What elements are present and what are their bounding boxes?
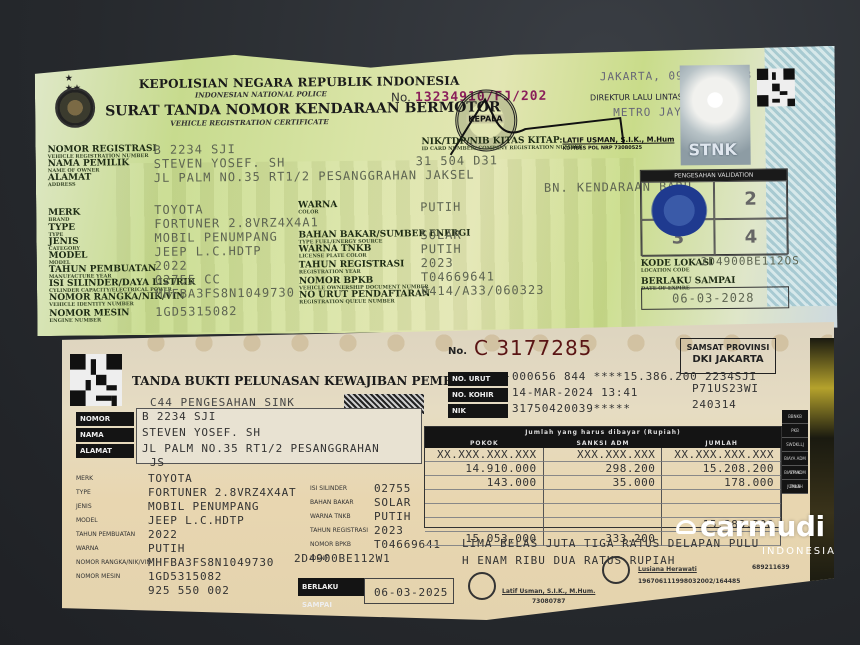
payment-cell [544, 518, 663, 532]
vehicle-value: PUTIH [148, 542, 185, 555]
label-nomor-mesin: NOMOR MESINENGINE NUMBER [49, 309, 129, 324]
payment-cell [425, 504, 544, 518]
payment-cell: 298.200 [544, 462, 663, 476]
value-type: FORTUNER 2.8VRZ4X4A1 [154, 215, 319, 231]
value-merk: TOYOTA [154, 202, 204, 217]
value-berlaku-sampai: 06-03-2025 [374, 586, 448, 599]
doc-number-label: No. [391, 90, 411, 104]
label-nik: NIK/TDP/NIB KITAS KITAP:ID CARD NUMBER/ … [421, 136, 582, 152]
payment-cell: 15.208.200 [662, 462, 781, 476]
label-nik: NIK [448, 404, 508, 418]
vehicle-right-label: BAHAN BAKAR [310, 499, 354, 506]
payment-cell [544, 504, 663, 518]
label-warna: WARNACOLOR [298, 201, 337, 215]
value-alamat: JL PALM NO.35 RT1/2 PESANGGRAHAN JAKSEL [154, 168, 475, 185]
value-no-kohir-extra: P71US23WI [692, 382, 759, 395]
payment-side-label: BIAYA ADM STNK [782, 452, 808, 466]
payment-cell: 178.000 [662, 476, 781, 490]
payment-cell [425, 518, 544, 532]
payment-side-label: JUMLAH [782, 480, 808, 494]
vehicle-right-value: SOLAR [374, 496, 411, 509]
payment-side-label: SWDKLLJ [782, 438, 808, 452]
vehicle-right-label: WARNA TNKB [310, 513, 351, 520]
value-nomor-rangka: MHFBA3FS8N1049730 [155, 285, 295, 300]
payment-column-header: SANKSI ADM [544, 439, 663, 448]
document-title-en: VEHICLE REGISTRATION CERTIFICATE [170, 117, 328, 128]
samsat-line1: SAMSAT PROVINSI [681, 343, 775, 353]
payment-cell: 143.000 [425, 476, 544, 490]
value-nomor-registrasi: B 2234 SJI [153, 142, 235, 157]
value-nik-extra: 240314 [692, 398, 737, 411]
payment-side-label: BBNKB [782, 410, 808, 424]
vehicle-label: NOMOR RANGKA/NIK/VIN [76, 559, 151, 566]
payment-cell: XX.XXX.XXX.XXX [662, 448, 781, 462]
carmudi-watermark: carmudi [700, 510, 825, 543]
label-no-urut-pendaftaran: NO URUT PENDAFTARANREGISTRATION QUEUE NU… [299, 290, 430, 305]
label-tahun-registrasi: TAHUN REGISTRASIREGISTRATION YEAR [299, 260, 405, 275]
value-no-urut-pendaftaran: 0414/A33/060323 [421, 283, 545, 298]
vehicle-label: TAHUN PEMBUATAN [76, 531, 135, 538]
validation-cell-2: 2 [714, 180, 787, 218]
payment-cell: XX.XXX.XXX.XXX [425, 448, 544, 462]
label-nama-pemilik: NAMA PEMILIK [76, 428, 134, 442]
vehicle-right-label: ISI SILINDER [310, 485, 347, 492]
payment-cell [425, 490, 544, 504]
label-berlaku-sampai: BERLAKU SAMPAI [298, 578, 364, 596]
carmudi-watermark-region: INDONESIA [762, 546, 836, 557]
payment-side-labels: BBNKBPKBSWDKLLJBIAYA ADM STNKBIAYA ADM T… [782, 410, 808, 494]
value-nomor-polisi: B 2234 SJI [142, 410, 216, 423]
hologram-text: STNK [688, 140, 736, 160]
vehicle-value: MHFBA3FS8N1049730 [148, 556, 274, 569]
value-nomor-bpkb: T04669641 [421, 269, 495, 284]
payment-cell: 35.000 [544, 476, 663, 490]
value-warna-tnkb: PUTIH [421, 242, 462, 256]
vehicle-right-label: NOMOR BPKB [310, 541, 351, 548]
vehicle-label: NOMOR MESIN [76, 573, 120, 580]
value-warna: PUTIH [420, 200, 461, 214]
vehicle-label: JENIS [76, 503, 92, 510]
carmudi-car-icon [676, 520, 696, 534]
qr-code-icon [757, 68, 795, 106]
vehicle-value: 2022 [148, 528, 178, 541]
samsat-box: SAMSAT PROVINSI DKI JAKARTA [680, 338, 776, 374]
payment-cell: 14.910.000 [425, 462, 544, 476]
label-alamat: ALAMATADDRESS [48, 174, 92, 188]
label-no-kohir: NO. KOHIR [448, 388, 508, 402]
receipt-number-label: No. [448, 346, 467, 357]
payment-side-label: PKB [782, 424, 808, 438]
value-nama-pemilik: STEVEN YOSEF. SH [154, 156, 286, 171]
vehicle-label: WARNA [76, 545, 98, 552]
police-emblem-icon [55, 88, 95, 128]
payment-table-header: Jumlah yang harus dibayar (Rupiah) [425, 427, 781, 439]
police-stamp-icon [468, 572, 496, 600]
value-nomor-mesin: 1GD5315082 [155, 304, 237, 319]
tax-payment-receipt: TANDA BUKTI PELUNASAN KEWAJIBAN PEMBAYAR… [62, 322, 834, 620]
signer1-nrp: 73080787 [532, 598, 565, 605]
payment-cell [662, 490, 781, 504]
value-kode-lokasi: 2D4900BE112OS [701, 254, 800, 268]
vehicle-label: TYPE [76, 489, 91, 496]
signer1-name: Latif Usman, S.I.K., M.Hum. [502, 588, 595, 595]
value-tahun-registrasi: 2023 [421, 256, 454, 270]
payment-cell: XXX.XXX.XXX [544, 448, 663, 462]
qr-code-icon [70, 354, 122, 406]
hologram-seal: STNK [680, 65, 751, 166]
signer3-id: 689211639 [752, 564, 790, 571]
agency-name-en: INDONESIAN NATIONAL POLICE [195, 89, 327, 99]
vehicle-right-value: PUTIH [374, 510, 411, 523]
signer2-nip: 196706111998032002/164485 [638, 578, 740, 585]
value-berlaku-sampai: 06-03-2028 [672, 291, 754, 306]
label-no-urut: NO. URUT [448, 372, 508, 386]
bapenda-stamp-icon [602, 556, 630, 584]
expiry-box: 06-03-2028 [641, 286, 789, 310]
vehicle-value: 1GD5315082 [148, 570, 222, 583]
value-bahan-bakar: SOLAR [420, 228, 461, 242]
signer2-name: Lusiana Herawati [638, 566, 697, 573]
vehicle-right-value: 02755 [374, 482, 411, 495]
vehicle-value: FORTUNER 2.8VRZ4X4AT [148, 486, 296, 499]
validation-cell-4: 4 [714, 218, 787, 256]
samsat-line2: DKI JAKARTA [692, 354, 763, 365]
label-merk: MERKBRAND [48, 209, 80, 223]
value-alamat-2: JS [150, 456, 165, 469]
value-jenis: MOBIL PENUMPANG [154, 230, 278, 245]
vehicle-label: MERK [76, 475, 93, 482]
vehicle-value: TOYOTA [148, 472, 193, 485]
payment-side-label: BIAYA ADM TNKB [782, 466, 808, 480]
vehicle-value: JEEP L.C.HDTP [148, 514, 245, 527]
vehicle-right-value: 2D4900BE112W1 [294, 552, 391, 565]
label-warna-tnkb: WARNA TNKBLICENSE PLATE COLOR [299, 245, 372, 260]
value-tahun-pembuatan: 2022 [155, 259, 188, 273]
vehicle-value: MOBIL PENUMPANG [148, 500, 259, 513]
vehicle-label: MODEL [76, 517, 98, 524]
vehicle-right-value: 2023 [374, 524, 404, 537]
value-no-kohir: 14-MAR-2024 13:41 [512, 386, 638, 399]
value-nik: 31750420039***** [512, 402, 631, 415]
vehicle-right-label: TAHUN REGISTRASI [310, 527, 368, 534]
validation-box: PENGESAHAN VALIDATION 2 3 4 [640, 168, 789, 256]
receipt-number: C 3177285 [474, 336, 592, 360]
value-nik: 31 504 D31 [416, 153, 498, 168]
value-isi-silinder: 02755 CC [155, 272, 221, 287]
value-alamat: JL PALM NO.35 RT1/2 PESANGGRAHAN [142, 442, 380, 455]
label-alamat: ALAMAT [76, 444, 134, 458]
payment-column-header: POKOK [425, 439, 544, 448]
value-nama-pemilik: STEVEN YOSEF. SH [142, 426, 261, 439]
value-vehicle-extra: 925 550 002 [148, 584, 230, 597]
payment-cell [544, 490, 663, 504]
value-model: JEEP L.C.HDTP [155, 244, 262, 259]
stnk-vehicle-registration-card: ★★★ KEPOLISIAN NEGARA REPUBLIK INDONESIA… [35, 46, 838, 336]
label-nomor-polisi: NOMOR POLISI [76, 412, 134, 426]
payment-column-header: JUMLAH [662, 439, 781, 448]
